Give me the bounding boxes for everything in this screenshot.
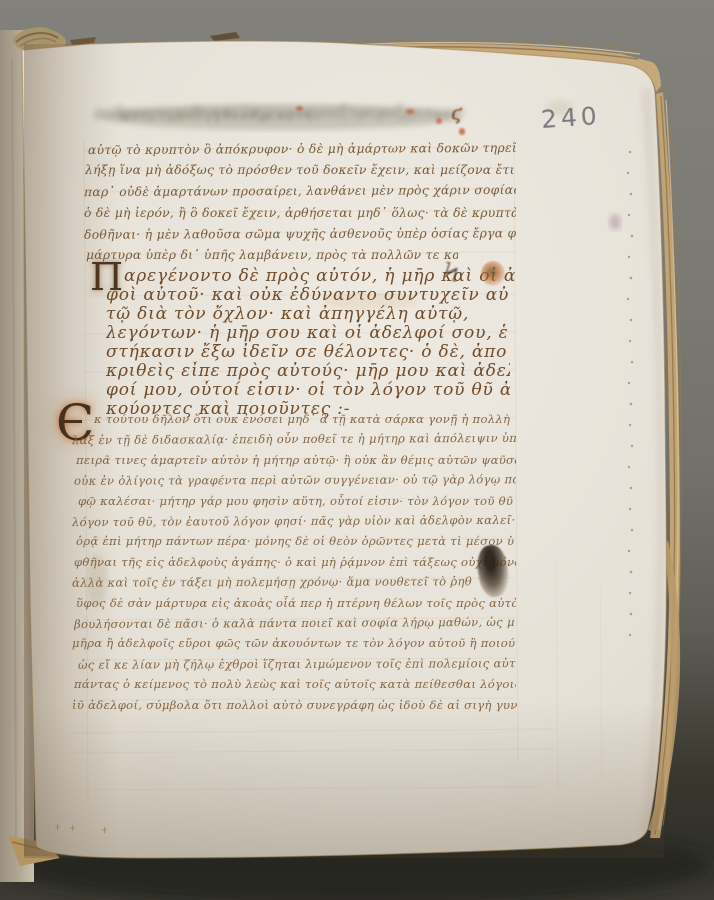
text-line: φοί μου, οὗτοί εἰσιν· οἱ τὸν λόγον τοῦ θ… [106, 380, 510, 400]
text-line: φῷ καλέσαι· μήτηρ γάρ μου φησὶν αὕτη, οὗ… [78, 494, 516, 508]
text-line: λήξῃ ἵνα μὴ ἀδόξως τὸ πρόσθεν τοῦ δοκεῖν… [85, 163, 515, 177]
text-line: ἀλλὰ καὶ τοῖς ἐν τάξει μὴ πολεμήσῃ χρόνῳ… [72, 574, 472, 589]
book-artwork [0, 0, 714, 900]
text-line: ὕφος δὲ σὰν μάρτυρα εἰς ἀκοὰς οἷά περ ἡ … [76, 596, 516, 610]
text-line: κ τούτου δῆλον ὅτι οὐκ ἐνόσει μηδ᾽ ἃ τῇ … [94, 412, 514, 426]
text-line: βουλήσονται δὲ πᾶσι· ὁ καλὰ πάντα ποιεῖ … [74, 615, 516, 631]
text-line: πάντας ὁ κείμενος τὸ πολὺ λεὼς καὶ τοῖς … [74, 677, 516, 691]
margin-quire-mark: ϛ [451, 102, 462, 124]
red-ink-speck [406, 109, 414, 114]
red-ink-speck [436, 118, 442, 124]
text-line: αὐτῷ τὸ κρυπτὸν ὃ ἀπόκρυφον· ὁ δὲ μὴ ἁμά… [88, 141, 516, 157]
text-line: ὁρᾷ ἐπὶ μήτηρ πάντων πέρα· μόνης δὲ οἱ θ… [76, 534, 516, 548]
text-line: στήκασιν ἔξω ἰδεῖν σε θέλοντες· ὁ δὲ, ἀπ… [106, 342, 510, 362]
text-line: μη̄ρα ἢ ἀδελφοῖς εὕροι φῶς τῶν ἀκουόντων… [72, 636, 516, 650]
text-line: μάρτυρα ὑπὲρ δι᾽ ὑπῆς λαμβάνειν, πρὸς τὰ… [86, 248, 458, 262]
text-line: λόγον τοῦ θῦ, τὸν ἑαυτοῦ λόγον φησί· πᾶς… [72, 513, 516, 529]
text-line: λεγόντων· ἡ μη̄ρ σου καὶ οἱ ἀδελφοί σου,… [106, 323, 510, 343]
text-line: πειρᾶ τινες ἁμαρτεῖν αὐτὸν ἡ μήτηρ αὐτῷ·… [76, 453, 516, 467]
text-line: ἰῦ ἀδελφοί, σύμβολα ὅτι πολλοὶ αὐτὸ συνε… [72, 698, 518, 712]
text-line: τῷ διὰ τὸν ὄχλον· καὶ ἀπηγγέλη αὐτῷ, [106, 304, 510, 324]
text-line: φθῆναι τῆς εἰς ἀδελφοὺς ἀγάπης· ὁ καὶ μὴ… [74, 555, 516, 569]
text-line: λαξ ἐν τῇ δὲ διδασκαλίᾳ· ἐπειδὴ οὖν ποθε… [72, 431, 516, 447]
text-line: ὡς εἴ κε λίαν μὴ ζήλῳ ἐχθροὶ ἵζηται λιμώ… [78, 656, 516, 672]
manuscript-photo: μϲθροντεγεθϲαπελκχιωοαινεξτρϲμιζϙϲτωνεπτ… [0, 0, 714, 900]
red-ink-speck [459, 128, 465, 135]
orange-smudge-mark [481, 261, 505, 286]
text-line: κριθεὶς εἶπε πρὸς αὐτούς· μη̄ρ μου καὶ ἀ… [106, 361, 510, 381]
text-line: δοθῆναι· ἡ μὲν λαθοῦσα σῶμα ψυχῆς ἀσθενο… [84, 226, 516, 242]
folio-number: 240 [540, 101, 602, 134]
text-line: φοὶ αὐτοῦ· καὶ οὐκ ἐδύναντο συντυχεῖν αὐ [106, 285, 510, 305]
red-ink-speck [296, 106, 303, 111]
text-line: ὁ δὲ μὴ ἱερόν, ἢ ὃ δοκεῖ ἔχειν, ἀρθήσετα… [84, 206, 516, 220]
text-line: παρ᾽ οὐδὲ ἁμαρτάνων προσαίρει, λανθάνει … [84, 183, 516, 199]
text-line: οὐκ ἐν ὀλίγοις τὰ γραφέντα περὶ αὐτῶν συ… [74, 472, 516, 488]
